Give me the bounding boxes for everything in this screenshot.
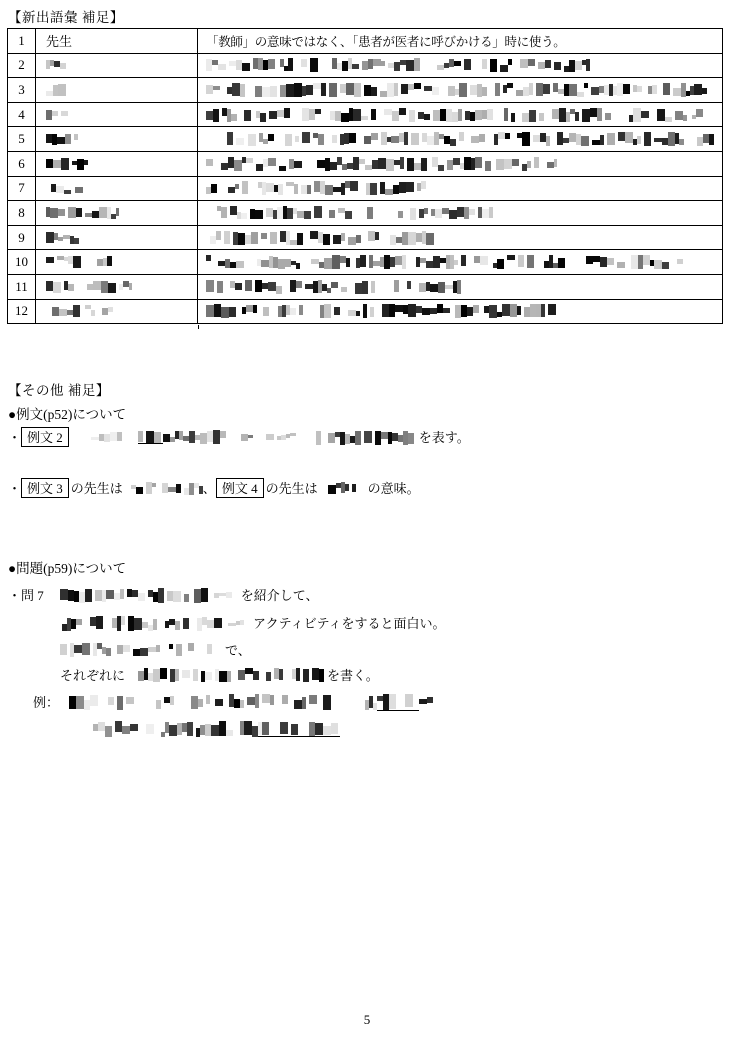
redact-pixel bbox=[427, 697, 433, 703]
redact-pixel bbox=[129, 283, 132, 290]
redact-pixel bbox=[453, 158, 460, 165]
redact-pixel bbox=[251, 232, 258, 244]
redact-pixel bbox=[512, 159, 519, 166]
redact-pixel bbox=[290, 433, 296, 436]
word-cell bbox=[36, 201, 198, 225]
redact-pixel bbox=[443, 308, 450, 313]
redact-pixel bbox=[221, 207, 227, 218]
example-label: 例： bbox=[33, 696, 59, 709]
redact-pixel bbox=[424, 208, 428, 214]
redact-pixel bbox=[406, 60, 414, 71]
redact-pixel bbox=[268, 158, 276, 166]
redact-pixel bbox=[245, 668, 253, 674]
redacted-text bbox=[266, 433, 296, 442]
redact-pixel bbox=[516, 90, 523, 96]
redact-pixel bbox=[216, 231, 221, 240]
redact-pixel bbox=[373, 59, 381, 66]
row-number-cell: 1 bbox=[8, 29, 36, 53]
redact-pixel bbox=[240, 84, 245, 97]
word-cell bbox=[36, 127, 198, 151]
redact-pixel bbox=[471, 136, 479, 143]
redact-pixel bbox=[294, 184, 298, 194]
table-row: 6 bbox=[8, 152, 722, 177]
redact-pixel bbox=[332, 255, 340, 269]
redact-pixel bbox=[68, 207, 76, 218]
redact-pixel bbox=[675, 111, 683, 120]
redact-pixel bbox=[101, 281, 108, 293]
redacted-text bbox=[206, 157, 557, 171]
redact-pixel bbox=[508, 59, 512, 65]
comma: 、 bbox=[203, 482, 216, 495]
redact-pixel bbox=[677, 259, 683, 264]
redact-pixel bbox=[221, 163, 228, 170]
redact-pixel bbox=[408, 433, 414, 444]
redact-pixel bbox=[235, 283, 242, 290]
redact-pixel bbox=[232, 83, 240, 96]
redact-pixel bbox=[74, 134, 78, 140]
redact-pixel bbox=[301, 59, 307, 67]
redact-pixel bbox=[207, 620, 214, 628]
redact-pixel bbox=[363, 304, 367, 318]
redact-pixel bbox=[230, 206, 237, 215]
table-row: 12 bbox=[8, 300, 722, 324]
redact-pixel bbox=[485, 161, 491, 171]
redact-pixel bbox=[421, 181, 426, 189]
redact-pixel bbox=[323, 695, 331, 710]
redact-pixel bbox=[84, 160, 88, 165]
redact-pixel bbox=[120, 589, 124, 599]
redact-pixel bbox=[294, 83, 302, 97]
redact-pixel bbox=[255, 280, 262, 292]
redact-pixel bbox=[404, 132, 408, 145]
redact-pixel bbox=[184, 594, 189, 602]
redact-pixel bbox=[188, 643, 194, 651]
redact-pixel bbox=[282, 695, 288, 704]
redact-pixel bbox=[338, 208, 345, 213]
redact-pixel bbox=[408, 304, 416, 317]
redact-pixel bbox=[482, 209, 489, 218]
redact-pixel bbox=[302, 132, 310, 143]
redact-pixel bbox=[395, 305, 403, 312]
redact-pixel bbox=[518, 255, 524, 267]
redact-pixel bbox=[286, 182, 294, 186]
redact-pixel bbox=[480, 256, 488, 265]
redact-pixel bbox=[93, 281, 101, 290]
redact-pixel bbox=[539, 113, 544, 121]
redact-pixel bbox=[582, 109, 590, 122]
redact-pixel bbox=[392, 111, 399, 121]
redact-pixel bbox=[333, 235, 341, 244]
redact-pixel bbox=[152, 483, 156, 487]
redact-pixel bbox=[449, 210, 457, 219]
mondai-line1-suffix: を紹介して、 bbox=[241, 589, 319, 602]
redacted-text bbox=[46, 232, 79, 244]
redact-pixel bbox=[371, 109, 376, 120]
redact-pixel bbox=[683, 115, 687, 121]
redact-pixel bbox=[454, 61, 461, 66]
redact-pixel bbox=[414, 163, 421, 170]
mondai-line3-suffix: で、 bbox=[225, 644, 251, 657]
redact-pixel bbox=[59, 309, 67, 316]
redact-pixel bbox=[318, 134, 324, 145]
table-row: 10 bbox=[8, 250, 722, 275]
redact-pixel bbox=[46, 159, 53, 168]
redact-pixel bbox=[657, 109, 665, 121]
redact-pixel bbox=[511, 113, 515, 122]
reibun-example2-line: ・ 例文 2 を表す。 bbox=[8, 426, 470, 448]
desc-cell bbox=[198, 201, 722, 225]
redact-pixel bbox=[442, 208, 449, 214]
redact-pixel bbox=[316, 431, 321, 445]
redact-pixel bbox=[432, 87, 439, 95]
redact-pixel bbox=[248, 435, 253, 438]
redact-pixel bbox=[341, 287, 347, 292]
redacted-text bbox=[258, 722, 340, 737]
redact-pixel bbox=[592, 140, 600, 145]
example-2-box: 例文 2 bbox=[21, 427, 69, 447]
redact-pixel bbox=[355, 283, 362, 294]
redact-pixel bbox=[255, 694, 259, 708]
redact-pixel bbox=[168, 487, 176, 492]
redact-pixel bbox=[46, 257, 54, 263]
redact-pixel bbox=[332, 135, 337, 143]
redact-pixel bbox=[584, 83, 588, 88]
redact-pixel bbox=[435, 209, 442, 218]
redact-pixel bbox=[437, 65, 444, 70]
redact-pixel bbox=[106, 648, 111, 656]
redact-pixel bbox=[284, 108, 290, 118]
table-divider-tick bbox=[198, 325, 199, 329]
redacted-text bbox=[60, 588, 208, 603]
redact-pixel bbox=[391, 136, 399, 143]
redact-pixel bbox=[625, 132, 633, 143]
redact-pixel bbox=[206, 255, 211, 261]
word-cell bbox=[36, 300, 198, 324]
redact-pixel bbox=[295, 136, 299, 142]
redact-pixel bbox=[206, 159, 213, 166]
redacted-text bbox=[377, 694, 419, 711]
redacted-text bbox=[206, 181, 437, 195]
redact-pixel bbox=[246, 158, 253, 163]
redact-pixel bbox=[228, 623, 236, 626]
reibun-example2-suffix: を表す。 bbox=[419, 431, 470, 444]
redact-pixel bbox=[268, 134, 274, 141]
redact-pixel bbox=[108, 697, 114, 705]
redact-pixel bbox=[581, 136, 589, 146]
redact-pixel bbox=[279, 166, 286, 171]
redact-pixel bbox=[215, 699, 223, 706]
redact-pixel bbox=[121, 616, 125, 625]
redacted-text bbox=[62, 616, 222, 631]
redact-pixel bbox=[206, 695, 210, 704]
redact-pixel bbox=[709, 134, 714, 145]
redact-pixel bbox=[552, 109, 559, 119]
table-row: 9 bbox=[8, 226, 722, 251]
redact-pixel bbox=[482, 59, 487, 69]
mondai-line4-prefix: それぞれに bbox=[60, 669, 125, 682]
redact-pixel bbox=[234, 160, 242, 171]
redact-pixel bbox=[313, 83, 321, 89]
redact-pixel bbox=[529, 110, 536, 122]
redact-pixel bbox=[207, 644, 212, 654]
redact-pixel bbox=[527, 255, 534, 268]
redact-pixel bbox=[317, 160, 325, 168]
redact-pixel bbox=[76, 696, 84, 709]
redact-pixel bbox=[370, 307, 374, 317]
redact-pixel bbox=[673, 88, 681, 96]
redact-pixel bbox=[348, 237, 356, 245]
redact-pixel bbox=[297, 211, 304, 218]
redact-pixel bbox=[133, 649, 140, 656]
redact-pixel bbox=[228, 187, 235, 193]
desc-cell bbox=[198, 250, 722, 274]
redact-pixel bbox=[263, 307, 269, 316]
redact-pixel bbox=[266, 208, 273, 217]
row-number-cell: 8 bbox=[8, 201, 36, 225]
redacted-text bbox=[46, 182, 84, 194]
redact-pixel bbox=[644, 132, 651, 146]
redact-pixel bbox=[182, 670, 190, 678]
redact-pixel bbox=[279, 669, 283, 680]
redact-pixel bbox=[527, 161, 531, 168]
desc-cell bbox=[198, 275, 722, 299]
redact-pixel bbox=[77, 159, 84, 170]
word-cell bbox=[36, 177, 198, 201]
redact-pixel bbox=[108, 307, 113, 312]
mondai-line-4: それぞれに を書く。 bbox=[60, 666, 379, 684]
redact-pixel bbox=[350, 181, 358, 191]
redact-pixel bbox=[117, 432, 122, 441]
row-number-cell: 3 bbox=[8, 78, 36, 102]
redact-pixel bbox=[422, 308, 430, 315]
redact-pixel bbox=[310, 231, 318, 239]
redacted-text bbox=[206, 280, 463, 294]
redact-pixel bbox=[538, 62, 545, 69]
row-number-cell: 4 bbox=[8, 103, 36, 127]
redact-pixel bbox=[325, 185, 333, 195]
redact-pixel bbox=[353, 109, 361, 121]
redact-pixel bbox=[206, 111, 213, 120]
redact-pixel bbox=[600, 135, 604, 145]
redacted-text bbox=[131, 482, 203, 495]
redact-pixel bbox=[82, 643, 90, 655]
redact-pixel bbox=[58, 84, 66, 96]
redact-pixel bbox=[176, 484, 181, 493]
redact-pixel bbox=[213, 86, 220, 90]
redact-pixel bbox=[593, 256, 600, 262]
redact-pixel bbox=[302, 108, 309, 121]
word-cell bbox=[36, 54, 198, 78]
redact-pixel bbox=[261, 233, 267, 239]
redact-pixel bbox=[46, 281, 53, 291]
reibun-text: の先生は bbox=[266, 482, 318, 495]
redact-pixel bbox=[296, 668, 300, 681]
redact-pixel bbox=[214, 304, 221, 317]
redact-pixel bbox=[201, 588, 208, 602]
redact-pixel bbox=[319, 669, 324, 682]
redact-pixel bbox=[224, 231, 230, 244]
vocab-table: 1先生「教師」の意味ではなく、「患者が医者に呼びかける」時に使う。2345678… bbox=[7, 28, 723, 324]
redact-pixel bbox=[407, 281, 411, 289]
redact-pixel bbox=[668, 132, 675, 146]
redact-pixel bbox=[498, 132, 505, 139]
redact-pixel bbox=[57, 256, 64, 260]
redact-pixel bbox=[696, 109, 703, 117]
redact-pixel bbox=[406, 182, 414, 192]
redact-pixel bbox=[387, 83, 394, 97]
redacted-text bbox=[206, 108, 708, 122]
redact-pixel bbox=[360, 255, 366, 267]
redact-pixel bbox=[134, 618, 142, 630]
redact-pixel bbox=[211, 725, 219, 736]
mondai-line-2: アクティビティをすると面白い。 bbox=[62, 614, 446, 632]
redact-pixel bbox=[399, 108, 406, 115]
redact-pixel bbox=[370, 183, 377, 195]
redact-pixel bbox=[384, 109, 392, 115]
redact-pixel bbox=[140, 648, 148, 656]
redact-pixel bbox=[136, 487, 143, 494]
redact-pixel bbox=[244, 721, 252, 735]
redact-pixel bbox=[57, 137, 65, 144]
redact-pixel bbox=[256, 164, 263, 171]
row-number-cell: 5 bbox=[8, 127, 36, 151]
redact-pixel bbox=[73, 256, 81, 268]
redact-pixel bbox=[346, 83, 354, 95]
redact-pixel bbox=[235, 184, 239, 189]
redact-pixel bbox=[60, 589, 68, 600]
redact-pixel bbox=[206, 305, 214, 317]
redact-pixel bbox=[169, 725, 177, 736]
redact-pixel bbox=[253, 671, 259, 680]
redact-pixel bbox=[240, 700, 244, 708]
redact-pixel bbox=[330, 162, 337, 170]
redact-pixel bbox=[173, 591, 181, 602]
row-number-cell: 9 bbox=[8, 226, 36, 250]
redact-pixel bbox=[623, 84, 630, 94]
redact-pixel bbox=[85, 213, 92, 217]
mondai-example-line-2 bbox=[93, 719, 340, 739]
redact-pixel bbox=[315, 109, 321, 114]
redact-pixel bbox=[110, 432, 117, 441]
word-cell bbox=[36, 275, 198, 299]
redact-pixel bbox=[400, 157, 404, 169]
redact-pixel bbox=[280, 722, 288, 734]
redacted-text bbox=[46, 133, 88, 145]
redact-pixel bbox=[364, 431, 372, 443]
redact-pixel bbox=[242, 181, 248, 194]
redact-pixel bbox=[448, 86, 455, 96]
redact-pixel bbox=[85, 589, 92, 602]
bullet: ・ bbox=[8, 482, 21, 495]
redact-pixel bbox=[288, 58, 293, 71]
redact-pixel bbox=[193, 669, 198, 681]
redacted-text bbox=[46, 158, 90, 170]
redact-pixel bbox=[176, 644, 182, 656]
vocab-section-heading: 【新出語彙 補足】 bbox=[8, 6, 124, 26]
redact-pixel bbox=[341, 233, 345, 241]
redact-pixel bbox=[296, 263, 300, 269]
redact-pixel bbox=[241, 213, 247, 219]
redact-pixel bbox=[302, 697, 306, 709]
redact-pixel bbox=[304, 211, 311, 219]
redact-pixel bbox=[528, 59, 535, 66]
redact-pixel bbox=[381, 432, 388, 439]
redacted-text bbox=[419, 695, 433, 709]
redact-pixel bbox=[654, 260, 662, 269]
redact-pixel bbox=[600, 257, 607, 267]
redact-pixel bbox=[98, 722, 105, 731]
document-page: 【新出語彙 補足】 1先生「教師」の意味ではなく、「患者が医者に呼びかける」時に… bbox=[0, 0, 734, 1046]
redact-pixel bbox=[266, 434, 274, 440]
redact-pixel bbox=[266, 672, 271, 681]
redact-pixel bbox=[618, 132, 625, 141]
redact-pixel bbox=[414, 83, 421, 89]
redact-pixel bbox=[569, 84, 577, 96]
redact-pixel bbox=[438, 165, 444, 171]
redact-pixel bbox=[458, 109, 462, 121]
redact-pixel bbox=[276, 286, 282, 294]
redact-pixel bbox=[91, 310, 95, 316]
redact-pixel bbox=[290, 240, 297, 245]
redact-pixel bbox=[328, 433, 335, 443]
redact-pixel bbox=[260, 113, 266, 122]
redact-pixel bbox=[490, 59, 497, 72]
redact-pixel bbox=[187, 722, 193, 736]
redact-pixel bbox=[410, 208, 416, 220]
redact-pixel bbox=[411, 133, 419, 145]
redact-pixel bbox=[311, 259, 319, 264]
redact-pixel bbox=[473, 305, 479, 313]
redact-pixel bbox=[445, 285, 453, 289]
redact-pixel bbox=[105, 726, 112, 737]
redact-pixel bbox=[487, 109, 493, 120]
word-cell bbox=[36, 152, 198, 176]
redact-pixel bbox=[56, 186, 64, 193]
redact-pixel bbox=[52, 111, 58, 116]
redact-pixel bbox=[156, 700, 161, 709]
word-cell bbox=[36, 250, 198, 274]
redact-pixel bbox=[605, 113, 611, 120]
redact-pixel bbox=[617, 262, 625, 268]
redact-pixel bbox=[219, 671, 227, 682]
redact-pixel bbox=[106, 590, 114, 599]
redact-pixel bbox=[438, 282, 445, 293]
redact-pixel bbox=[694, 84, 702, 95]
redact-pixel bbox=[324, 304, 331, 318]
redact-pixel bbox=[90, 695, 98, 706]
desc-cell: 「教師」の意味ではなく、「患者が医者に呼びかける」時に使う。 bbox=[198, 29, 722, 53]
redact-pixel bbox=[138, 593, 145, 601]
redact-pixel bbox=[76, 208, 82, 217]
redact-pixel bbox=[303, 669, 309, 682]
redact-pixel bbox=[297, 233, 303, 245]
redact-pixel bbox=[643, 255, 650, 265]
redact-pixel bbox=[219, 593, 226, 596]
redact-pixel bbox=[637, 136, 641, 144]
redact-pixel bbox=[153, 669, 160, 682]
desc-cell bbox=[198, 177, 722, 201]
redact-pixel bbox=[381, 61, 385, 66]
table-row: 8 bbox=[8, 201, 722, 226]
redact-pixel bbox=[450, 139, 456, 146]
redact-pixel bbox=[504, 159, 512, 169]
redact-pixel bbox=[255, 86, 262, 97]
redact-pixel bbox=[665, 117, 672, 122]
redacted-text bbox=[328, 482, 358, 494]
redacted-text bbox=[214, 591, 234, 599]
redact-pixel bbox=[327, 288, 331, 293]
redact-pixel bbox=[266, 183, 274, 192]
